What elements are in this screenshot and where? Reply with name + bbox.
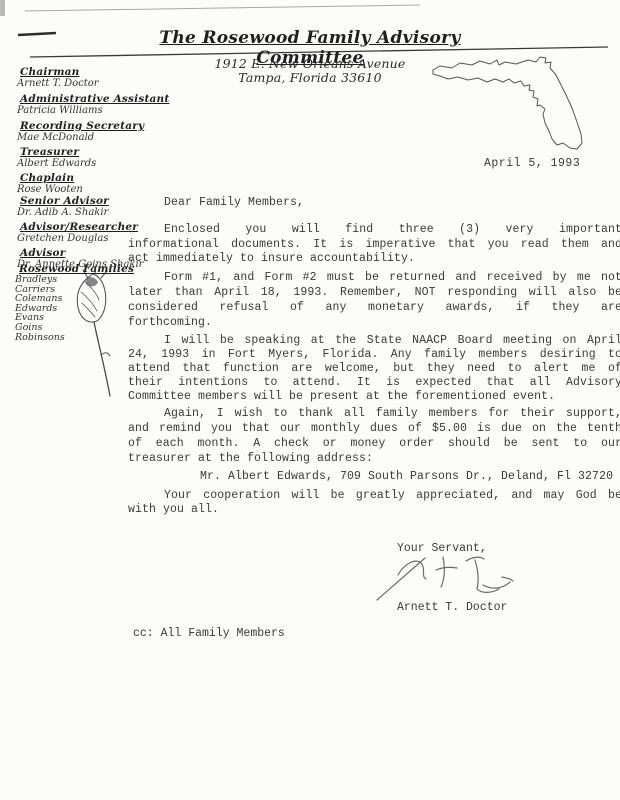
body-line: treasurer at the following address: xyxy=(128,451,620,466)
closing-line: Your Servant, xyxy=(397,542,487,555)
signer-name: Arnett T. Doctor xyxy=(397,601,507,614)
body-line: Form #1, and Form #2 must be returned an… xyxy=(128,270,620,285)
letterhead-address-line2: Tampa, Florida 33610 xyxy=(110,70,510,85)
body-line: their intentions to attend. It is expect… xyxy=(128,375,620,390)
letter-date: April 5, 1993 xyxy=(484,157,580,170)
top-hairline xyxy=(25,5,420,11)
body-line: 24, 1993 in Fort Myers, Florida. Any fam… xyxy=(128,347,620,362)
body-line: Committee members will be present at the… xyxy=(128,389,620,404)
body-line: Enclosed you will find three (3) very im… xyxy=(128,222,620,237)
body-line: of each month. A check or money order sh… xyxy=(128,436,620,451)
officer-name: Arnett T. Doctor xyxy=(17,78,99,89)
body-line: attend that function are welcome, but th… xyxy=(128,361,620,376)
body-line: Your cooperation will be greatly appreci… xyxy=(128,488,620,503)
officer-title: Chairman xyxy=(20,66,79,78)
body-line: I will be speaking at the State NAACP Bo… xyxy=(128,333,620,348)
officer-name: Dr. Adib A. Shakir xyxy=(17,207,108,218)
officer-title: Chaplain xyxy=(20,172,74,184)
letterhead-address-line1: 1912 E. New Orleans Avenue xyxy=(110,56,510,71)
top-left-dash xyxy=(18,33,56,35)
scanned-letter-page: The Rosewood Family Advisory Committee 1… xyxy=(0,0,620,800)
cc-line: cc: All Family Members xyxy=(133,627,285,640)
officer-title: Advisor/Researcher xyxy=(20,221,138,233)
body-line: act immediately to insure accountability… xyxy=(128,251,620,266)
officer-name: Albert Edwards xyxy=(17,158,96,169)
families-list: Bradleys Carriers Colemans Edwards Evans… xyxy=(15,275,65,342)
officer-title: Treasurer xyxy=(20,146,79,158)
salutation: Dear Family Members, xyxy=(128,195,620,210)
signature xyxy=(377,557,513,600)
family-name: Robinsons xyxy=(15,333,65,343)
officer-name: Gretchen Douglas xyxy=(17,233,108,244)
scan-edge-artifact xyxy=(0,0,5,16)
body-line: Again, I wish to thank all family member… xyxy=(128,406,620,421)
body-line: considered refusal of any monetary award… xyxy=(128,300,620,315)
body-line: later than April 18, 1993. Remember, NOT… xyxy=(128,285,620,300)
officer-name: Rose Wooten xyxy=(17,184,83,195)
officer-name: Patricia Williams xyxy=(17,105,103,116)
body-line: forthcoming. xyxy=(128,315,620,330)
officer-title: Advisor xyxy=(20,247,65,259)
body-line: informational documents. It is imperativ… xyxy=(128,237,620,252)
treasurer-address-line: Mr. Albert Edwards, 709 South Parsons Dr… xyxy=(128,469,620,484)
officer-title: Administrative Assistant xyxy=(20,93,169,105)
officer-title: Senior Advisor xyxy=(20,195,109,207)
body-line: and remind you that our monthly dues of … xyxy=(128,421,620,436)
officer-title: Recording Secretary xyxy=(20,120,144,132)
rose-icon xyxy=(77,265,110,396)
officer-name: Mae McDonald xyxy=(17,132,94,143)
body-line: with you all. xyxy=(128,502,620,517)
